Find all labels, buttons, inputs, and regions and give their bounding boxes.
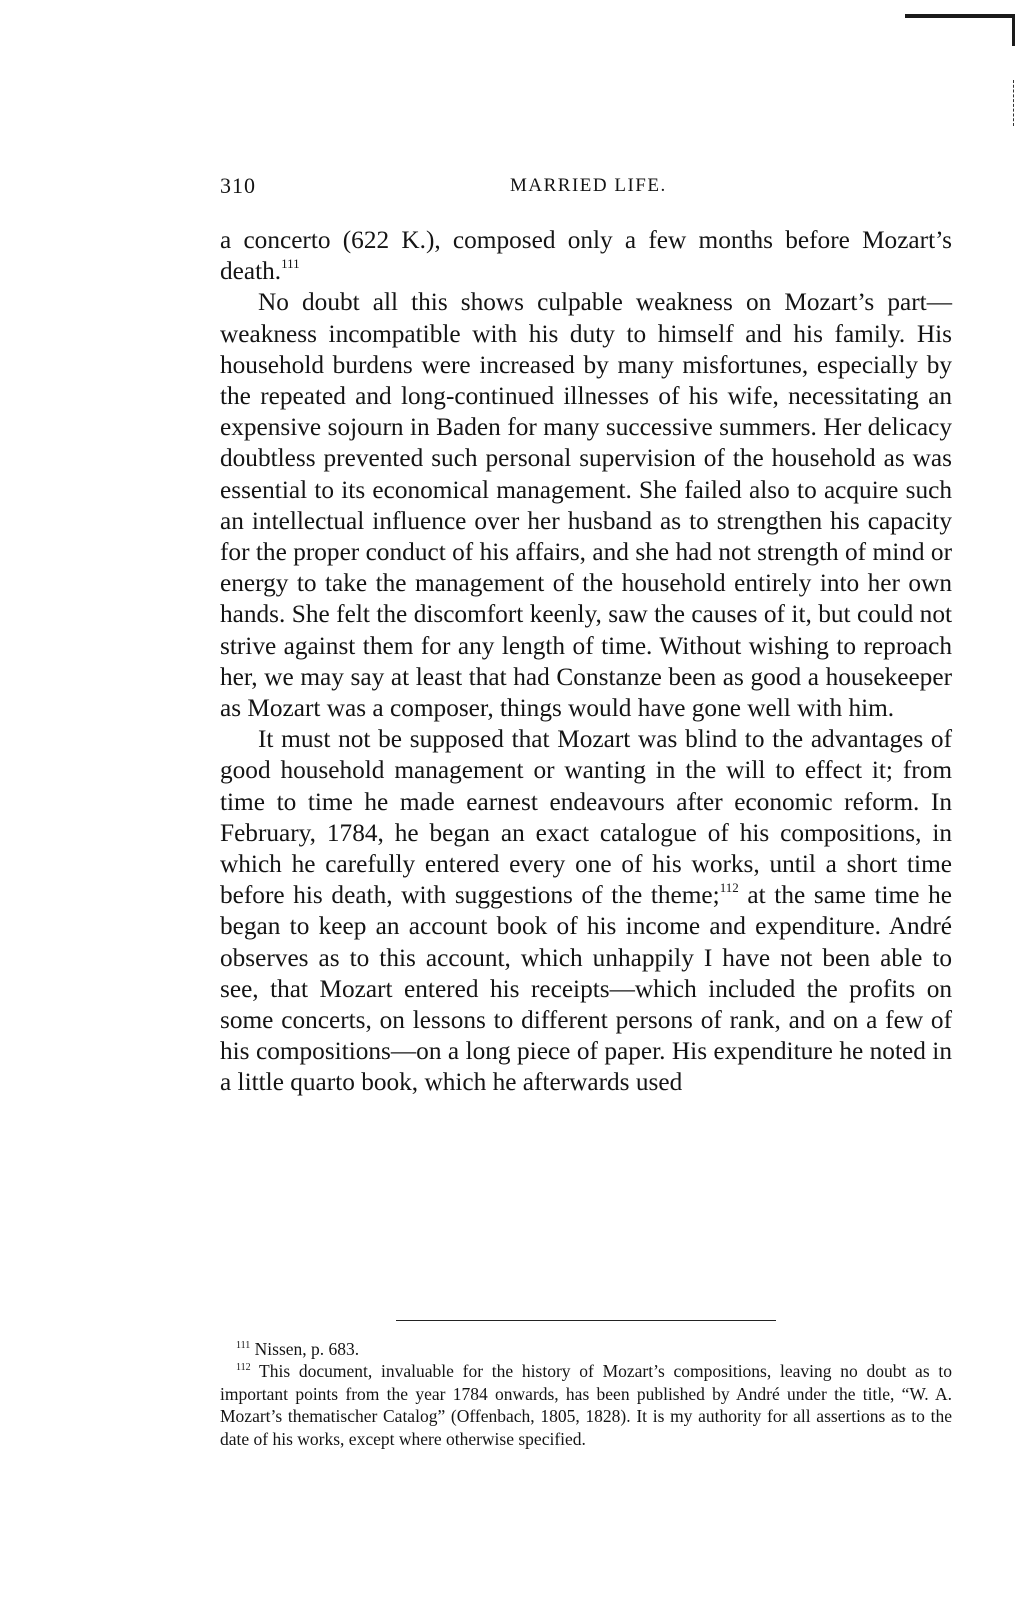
paragraph-3: It must not be supposed that Mozart was … <box>220 724 952 1098</box>
footnote-112: 112 This document, invaluable for the hi… <box>220 1360 952 1450</box>
running-title: MARRIED LIFE. <box>510 175 667 197</box>
paragraph-1: a concerto (622 K.), composed only a few… <box>220 225 952 287</box>
footnote-111: 111 Nissen, p. 683. <box>220 1338 952 1360</box>
scan-border-artifact-right <box>1012 14 1015 46</box>
footnote-ref-112[interactable]: 112 <box>720 880 739 895</box>
running-head: 310 MARRIED LIFE. <box>220 173 952 201</box>
footnote-ref-111[interactable]: 111 <box>281 256 300 271</box>
paragraph-2: No doubt all this shows culpable weaknes… <box>220 287 952 724</box>
scan-margin-marks <box>1013 80 1015 126</box>
footnotes: 111 Nissen, p. 683. 112 This document, i… <box>220 1338 952 1450</box>
scan-border-artifact <box>905 14 1015 18</box>
page-number: 310 <box>220 173 256 199</box>
body-text: a concerto (622 K.), composed only a few… <box>220 225 952 1099</box>
footnote-divider <box>396 1320 776 1321</box>
